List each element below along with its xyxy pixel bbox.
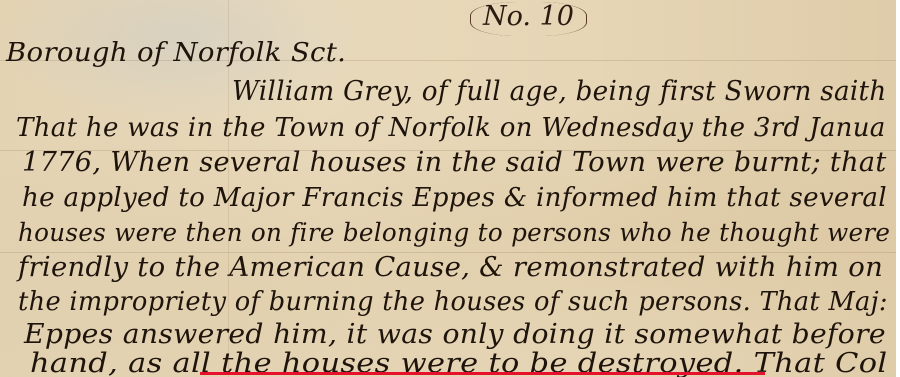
manuscript-line-6: friendly to the American Cause, & remons… xyxy=(18,252,883,283)
document-number: No. 10 xyxy=(470,2,587,36)
manuscript-line-2: That he was in the Town of Norfolk on We… xyxy=(16,112,886,143)
heading-borough: Borough of Norfolk Sct. xyxy=(6,38,346,68)
manuscript-line-4: he applyed to Major Francis Eppes & info… xyxy=(22,182,887,213)
manuscript-line-7: the impropriety of burning the houses of… xyxy=(18,287,888,317)
highlight-underline xyxy=(200,372,765,375)
manuscript-line-1: William Grey, of full age, being first S… xyxy=(232,76,887,107)
manuscript-page: No. 10 Borough of Norfolk Sct. William G… xyxy=(0,0,896,377)
manuscript-line-3: 1776, When several houses in the said To… xyxy=(22,147,887,178)
manuscript-line-8: Eppes answered him, it was only doing it… xyxy=(24,319,886,350)
manuscript-line-5: houses were then on fire belonging to pe… xyxy=(18,218,890,247)
